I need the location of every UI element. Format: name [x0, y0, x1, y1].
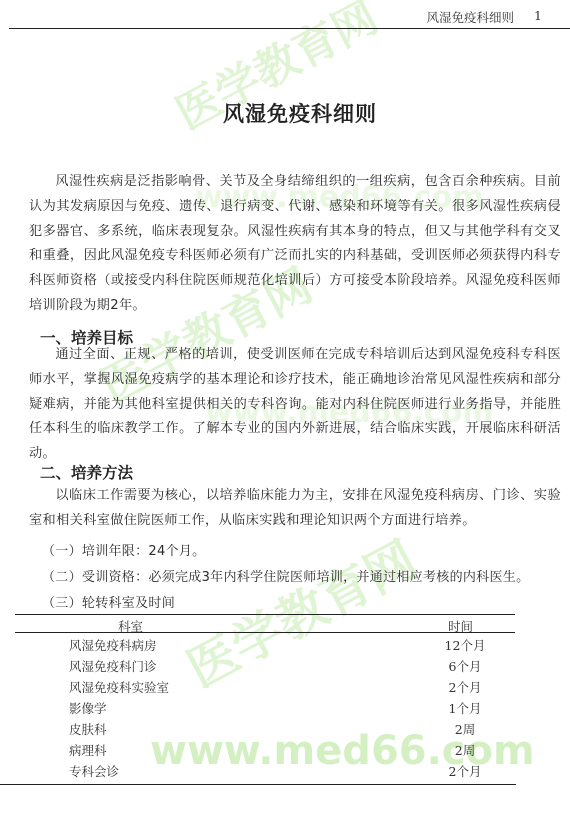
table-row: 病理科 2周	[0, 741, 570, 761]
header-title: 风湿免疫科细则	[426, 8, 514, 26]
intro-paragraph: 风湿性疾病是泛指影响骨、关节及全身结缔组织的一组疾病，包含百余种疾病。目前认为其…	[29, 170, 561, 319]
page-number: 1	[534, 8, 542, 23]
table-row: 影像学 1个月	[0, 699, 570, 719]
time-cell: 2个月	[430, 762, 500, 780]
methods-paragraph: 以临床工作需要为核心，以培养临床能力为主，安排在风湿免疫科病房、门诊、实验室和相…	[29, 484, 561, 534]
eligibility-item: （二）受训资格：必须完成3年内科学住院医师培训，并通过相应考核的内科医生。	[42, 566, 529, 585]
time-cell: 12个月	[430, 636, 500, 654]
department-cell: 病理科	[69, 741, 107, 759]
department-cell: 风湿免疫科门诊	[69, 657, 157, 675]
goals-paragraph: 通过全面、正规、严格的培训，使受训医师在完成专科培训后达到风湿免疫科专科医师水平…	[29, 343, 561, 467]
table-row: 皮肤科 2周	[0, 720, 570, 740]
table-bottom-rule	[0, 784, 516, 785]
table-row: 专科会诊 2个月	[0, 762, 570, 782]
time-cell: 2周	[430, 720, 500, 738]
table-top-rule	[15, 614, 515, 615]
section-heading-methods: 二、培养方法	[40, 461, 133, 483]
table-header-rule	[15, 632, 515, 633]
table-row: 风湿免疫科病房 12个月	[0, 636, 570, 656]
time-cell: 2周	[430, 741, 500, 759]
page-header: 风湿免疫科细则 1	[9, 0, 570, 29]
time-cell: 1个月	[430, 699, 500, 717]
department-cell: 专科会诊	[69, 762, 119, 780]
table-row: 风湿免疫科实验室 2个月	[0, 678, 570, 698]
department-cell: 影像学	[69, 699, 107, 717]
department-cell: 皮肤科	[69, 720, 107, 738]
department-cell: 风湿免疫科病房	[69, 636, 157, 654]
time-cell: 6个月	[430, 657, 500, 675]
rotation-heading-item: （三）轮转科室及时间	[42, 592, 175, 611]
department-cell: 风湿免疫科实验室	[69, 678, 169, 696]
training-duration-item: （一）培训年限：24个月。	[42, 540, 205, 559]
time-cell: 2个月	[430, 678, 500, 696]
table-row: 风湿免疫科门诊 6个月	[0, 657, 570, 677]
document-title: 风湿免疫科细则	[0, 98, 570, 128]
